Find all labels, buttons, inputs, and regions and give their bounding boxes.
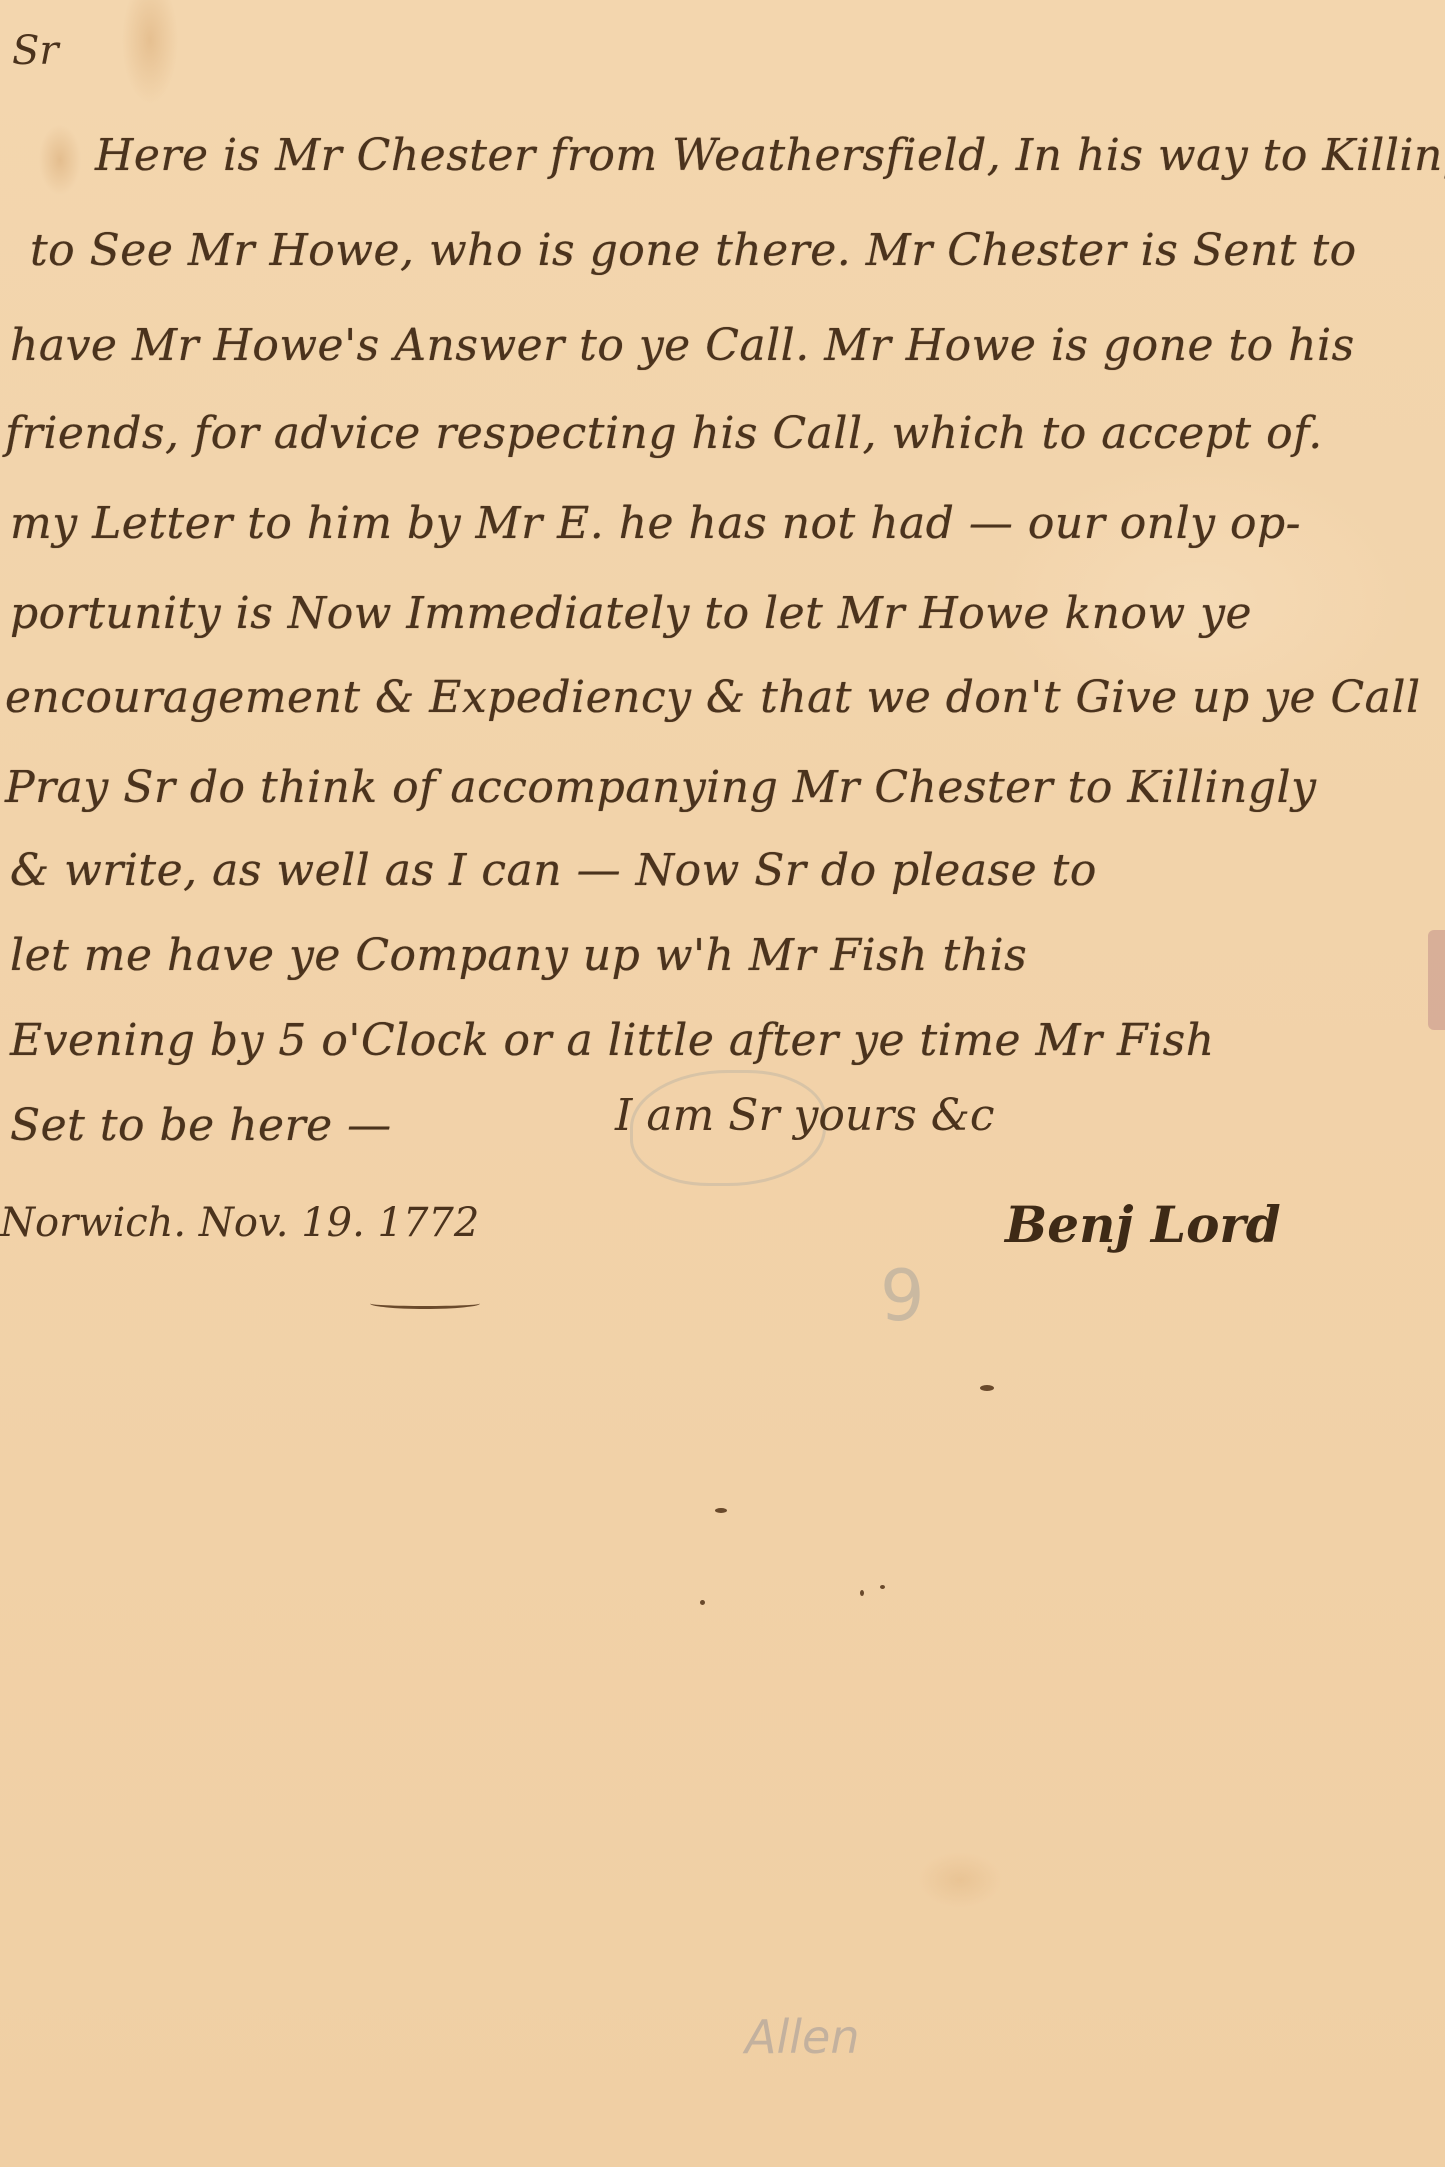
ink-speck [980, 1385, 994, 1391]
pencil-annotation-number: 9 [880, 1255, 925, 1337]
ink-speck [715, 1508, 727, 1513]
letter-line-9: & write, as well as I can — Now Sr do pl… [10, 845, 1097, 896]
letter-line-4: friends, for advice respecting his Call,… [5, 408, 1323, 459]
salutation: Sr [12, 28, 59, 74]
ink-speck [860, 1590, 864, 1596]
letter-line-7: encouragement & Expediency & that we don… [5, 672, 1421, 723]
signature: Benj Lord [1005, 1195, 1281, 1254]
ink-speck [880, 1585, 885, 1589]
letter-line-6: portunity is Now Immediately to let Mr H… [10, 588, 1252, 639]
closing: I am Sr yours &c [615, 1090, 995, 1141]
ink-speck [700, 1600, 705, 1605]
edge-stain [1428, 930, 1445, 1030]
letter-line-3: have Mr Howe's Answer to ye Call. Mr How… [10, 320, 1355, 371]
date-flourish [370, 1298, 480, 1309]
letter-line-1: Here is Mr Chester from Weathersfield, I… [95, 130, 1445, 181]
letter-line-11: Evening by 5 o'Clock or a little after y… [10, 1015, 1215, 1066]
letter-line-5: my Letter to him by Mr E. he has not had… [10, 498, 1301, 549]
letter-line-12: Set to be here — [10, 1100, 392, 1151]
letter-line-10: let me have ye Company up w'h Mr Fish th… [10, 930, 1027, 981]
dateline: Norwich. Nov. 19. 1772 [0, 1200, 479, 1246]
letter-line-2: to See Mr Howe, who is gone there. Mr Ch… [30, 225, 1357, 276]
letter-page: Sr Here is Mr Chester from Weathersfield… [0, 0, 1445, 2167]
letter-line-8: Pray Sr do think of accompanying Mr Ches… [5, 762, 1316, 813]
pencil-annotation-name: Allen [745, 2010, 859, 2064]
